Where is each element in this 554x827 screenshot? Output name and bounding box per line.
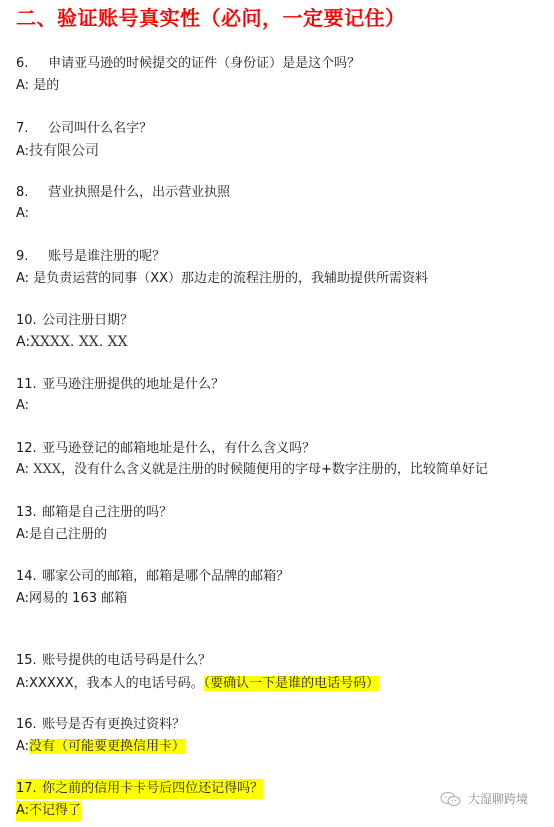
answer-text: XXXXX，我本人的电话号码。 bbox=[29, 676, 204, 691]
question-number: 12. bbox=[16, 439, 38, 459]
question-text: 账号是否有更换过资料？ bbox=[42, 717, 185, 732]
answer-13: A:是自己注册的 bbox=[16, 525, 107, 545]
question-number: 13. bbox=[16, 503, 38, 523]
answer-12: A: XXX，没有什么含义就是注册的时候随便用的字母+数字注册的，比较简单好记 bbox=[16, 460, 488, 480]
answer-prefix: A: bbox=[16, 271, 33, 286]
answer-prefix: A: bbox=[16, 334, 30, 350]
wechat-icon bbox=[440, 791, 462, 807]
answer-14: A:网易的 163 邮箱 bbox=[16, 589, 127, 609]
question-number: 9. bbox=[16, 247, 44, 267]
question-number: 7. bbox=[16, 119, 44, 139]
watermark-text: 大湿聊跨境 bbox=[468, 790, 528, 807]
question-number: 17. bbox=[16, 779, 38, 799]
question-number: 14. bbox=[16, 567, 38, 587]
question-12: 12. 亚马逊登记的邮箱地址是什么，有什么含义吗？ bbox=[16, 439, 315, 459]
question-number: 10. bbox=[16, 311, 38, 331]
question-9: 9. 账号是谁注册的呢？ bbox=[16, 247, 165, 267]
answer-10: A:XXXX. XX. XX bbox=[16, 332, 128, 352]
answer-prefix: A: bbox=[16, 462, 33, 477]
answer-text: 网易的 163 邮箱 bbox=[29, 591, 127, 606]
highlighted-note: （要确认一下是谁的电话号码） bbox=[204, 676, 380, 691]
answer-text: 是的 bbox=[33, 78, 59, 93]
question-text: 邮箱是自己注册的吗？ bbox=[42, 505, 172, 520]
question-15: 15. 账号提供的电话号码是什么？ bbox=[16, 651, 211, 671]
question-7: 7. 公司叫什么名字？ bbox=[16, 119, 152, 139]
question-14: 14. 哪家公司的邮箱，邮箱是哪个品牌的邮箱？ bbox=[16, 567, 289, 587]
question-number: 8. bbox=[16, 183, 44, 203]
question-11: 11. 亚马逊注册提供的地址是什么？ bbox=[16, 375, 224, 395]
question-10: 10. 公司注册日期？ bbox=[16, 311, 133, 331]
answer-9: A: 是负责运营的同事（XX）那边走的流程注册的，我辅助提供所需资料 bbox=[16, 269, 428, 289]
answer-text: ，没有什么含义就是注册的时候随便用的字母+数字注册的，比较简单好记 bbox=[61, 462, 488, 477]
question-17: 17. 你之前的信用卡卡号后四位还记得吗？ bbox=[16, 779, 263, 799]
answer-15: A:XXXXX，我本人的电话号码。（要确认一下是谁的电话号码） bbox=[16, 674, 379, 694]
answer-text: 是自己注册的 bbox=[29, 527, 107, 542]
answer-text: 没有（可能要更换信用卡） bbox=[29, 739, 185, 754]
answer-code: XXX bbox=[33, 462, 61, 477]
answer-text: 是负责运营的同事（XX）那边走的流程注册的，我辅助提供所需资料 bbox=[33, 271, 428, 286]
answer-7: A:技有限公司 bbox=[16, 141, 99, 162]
question-text: 公司注册日期？ bbox=[42, 313, 133, 328]
question-number: 16. bbox=[16, 715, 38, 735]
question-text: 营业执照是什么，出示营业执照 bbox=[48, 185, 230, 200]
answer-11: A: bbox=[16, 396, 29, 416]
answer-text: 不记得了 bbox=[29, 803, 81, 818]
answer-prefix: A: bbox=[16, 739, 29, 754]
answer-prefix: A: bbox=[16, 527, 29, 542]
question-16: 16. 账号是否有更换过资料？ bbox=[16, 715, 185, 735]
answer-prefix: A: bbox=[16, 591, 29, 606]
question-13: 13. 邮箱是自己注册的吗？ bbox=[16, 503, 172, 523]
question-number: 6. bbox=[16, 54, 44, 74]
answer-prefix: A: bbox=[16, 398, 29, 413]
question-text: 你之前的信用卡卡号后四位还记得吗？ bbox=[42, 781, 263, 796]
answer-6: A: 是的 bbox=[16, 76, 59, 96]
answer-16: A:没有（可能要更换信用卡） bbox=[16, 737, 185, 757]
answer-text: XXXX. XX. XX bbox=[30, 334, 128, 350]
question-text: 账号是谁注册的呢？ bbox=[48, 249, 165, 264]
question-8: 8. 营业执照是什么，出示营业执照 bbox=[16, 183, 230, 203]
watermark: 大湿聊跨境 bbox=[440, 790, 528, 807]
question-text: 亚马逊登记的邮箱地址是什么，有什么含义吗？ bbox=[42, 441, 315, 456]
question-text: 账号提供的电话号码是什么？ bbox=[42, 653, 211, 668]
question-text: 公司叫什么名字？ bbox=[48, 121, 152, 136]
answer-text: 技有限公司 bbox=[29, 143, 99, 159]
section-title: 二、验证账号真实性（必问，一定要记住） bbox=[16, 2, 406, 31]
answer-17: A:不记得了 bbox=[16, 801, 81, 821]
answer-8: A: bbox=[16, 204, 29, 224]
answer-prefix: A: bbox=[16, 144, 29, 159]
question-text: 亚马逊注册提供的地址是什么？ bbox=[42, 377, 224, 392]
answer-prefix: A: bbox=[16, 803, 29, 818]
answer-prefix: A: bbox=[16, 206, 29, 221]
question-text: 申请亚马逊的时候提交的证件（身份证）是是这个吗？ bbox=[48, 56, 360, 71]
question-number: 11. bbox=[16, 375, 38, 395]
question-6: 6. 申请亚马逊的时候提交的证件（身份证）是是这个吗？ bbox=[16, 54, 360, 74]
question-text: 哪家公司的邮箱，邮箱是哪个品牌的邮箱？ bbox=[42, 569, 289, 584]
question-number: 15. bbox=[16, 651, 38, 671]
answer-prefix: A: bbox=[16, 676, 29, 691]
answer-prefix: A: bbox=[16, 78, 33, 93]
